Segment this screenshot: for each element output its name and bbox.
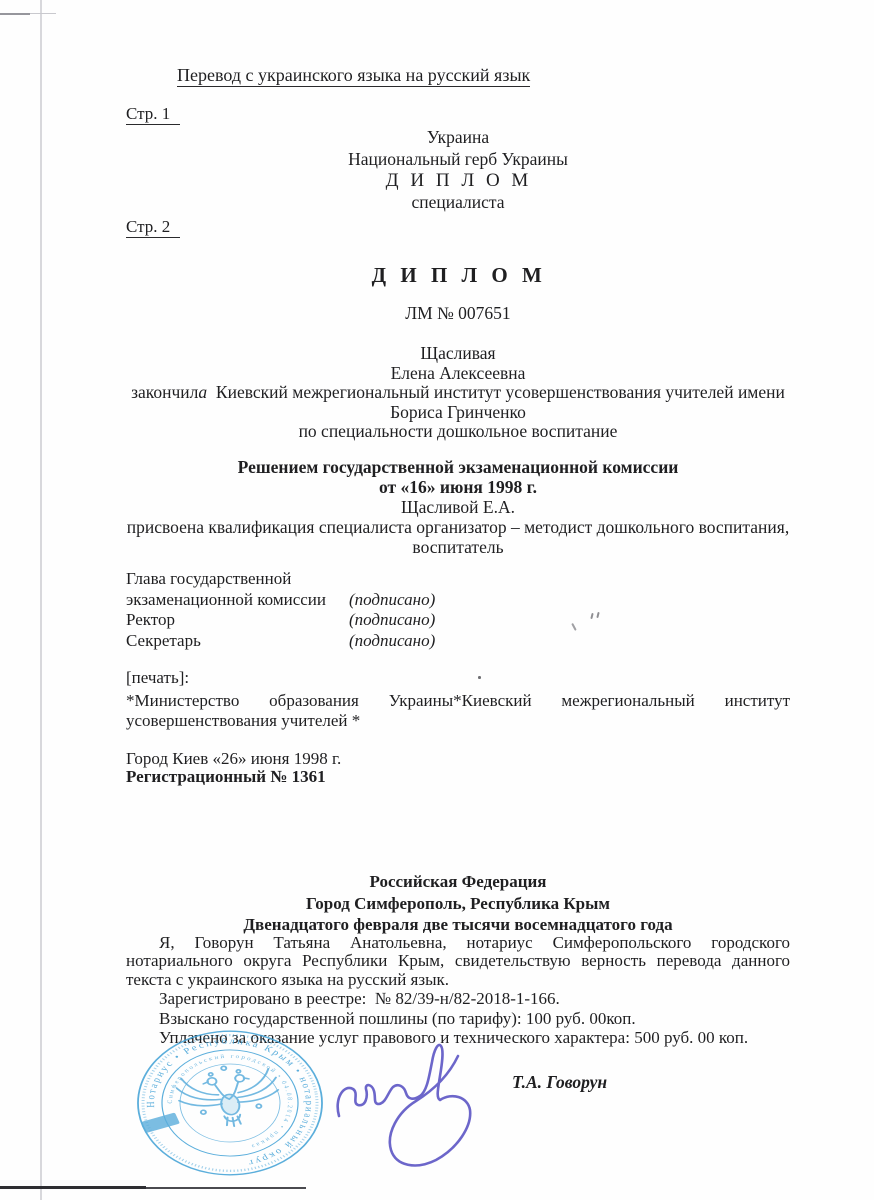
decision-line2: от «16» июня 1998 г. bbox=[126, 477, 790, 497]
notary-signature-name: Т.А. Говорун bbox=[512, 1072, 607, 1094]
signature-stroke bbox=[338, 1045, 471, 1165]
notary-heading-country: Российская Федерация bbox=[126, 871, 790, 893]
commission-decision-block: Решением государственной экзаменационной… bbox=[126, 457, 790, 557]
scan-line-bottom-2 bbox=[146, 1187, 306, 1189]
translation-title-text: Перевод с украинского языка на русский я… bbox=[177, 65, 530, 87]
stamp-ink-blot bbox=[141, 1112, 180, 1133]
diploma-subtitle-line: специалиста bbox=[126, 192, 790, 214]
diploma-heading: Д И П Л О М bbox=[126, 262, 790, 288]
scan-edge-line-left bbox=[40, 0, 42, 1200]
official-row: Ректор (подписано) bbox=[126, 610, 686, 631]
country-line: Украина bbox=[126, 127, 790, 149]
page1-title-block: Украина Национальный герб Украины Д И П … bbox=[126, 127, 790, 213]
diploma-number: ЛМ № 007651 bbox=[126, 303, 790, 325]
graduate-surname: Щасливая bbox=[126, 344, 790, 364]
graduate-specialty: по специальности дошкольное воспитание bbox=[126, 422, 790, 442]
registration-number-line: Регистрационный № 1361 bbox=[126, 766, 326, 787]
graduate-block: Щасливая Елена Алексеевна закончила Киев… bbox=[126, 344, 790, 442]
scan-mark-top-left-2 bbox=[30, 13, 56, 14]
dust-speck-4 bbox=[478, 676, 481, 679]
scanned-document-page: Перевод с украинского языка на русский я… bbox=[0, 0, 874, 1200]
seal-note: [печать]: bbox=[126, 667, 189, 688]
translation-title: Перевод с украинского языка на русский я… bbox=[177, 64, 530, 87]
official-row: Секретарь (подписано) bbox=[126, 631, 686, 652]
seal-text-line2: усовершенствования учителей * bbox=[126, 710, 360, 731]
notary-statement: Я, Говорун Татьяна Анатольевна, нотариус… bbox=[126, 934, 790, 989]
officials-signature-table: Глава государственной экзаменационной ко… bbox=[126, 569, 686, 651]
decision-line1: Решением государственной экзаменационной… bbox=[126, 457, 790, 477]
graduate-institute-line2: Бориса Гринченко bbox=[126, 403, 790, 423]
qualification-line2: воспитатель bbox=[126, 537, 790, 557]
scan-line-bottom bbox=[0, 1186, 146, 1189]
registry-line: Зарегистрировано в реестре: № 82/39-н/82… bbox=[126, 988, 560, 1009]
page2-label: Стр. 2 bbox=[126, 216, 180, 237]
notary-stamp: Нотариус • Республика Крым • нотариальны… bbox=[134, 1028, 326, 1178]
scan-mark-top-left bbox=[0, 13, 30, 15]
official-row: Глава государственной bbox=[126, 569, 686, 590]
qualification-line1: присвоена квалификация специалиста орган… bbox=[126, 517, 790, 537]
official-row: экзаменационной комиссии (подписано) bbox=[126, 590, 686, 611]
graduate-institute-line1: закончила Киевский межрегиональный инсти… bbox=[126, 383, 790, 403]
notary-handwritten-signature bbox=[325, 1026, 495, 1176]
graduate-given-names: Елена Алексеевна bbox=[126, 364, 790, 384]
notary-heading-city: Город Симферополь, Республика Крым bbox=[126, 893, 790, 915]
diploma-word-line: Д И П Л О М bbox=[126, 170, 790, 192]
awardee-line: Щасливой Е.А. bbox=[126, 497, 790, 517]
notary-heading-block: Российская Федерация Город Симферополь, … bbox=[126, 871, 790, 936]
emblem-note-line: Национальный герб Украины bbox=[126, 149, 790, 171]
page1-label: Стр. 1 bbox=[126, 103, 180, 124]
